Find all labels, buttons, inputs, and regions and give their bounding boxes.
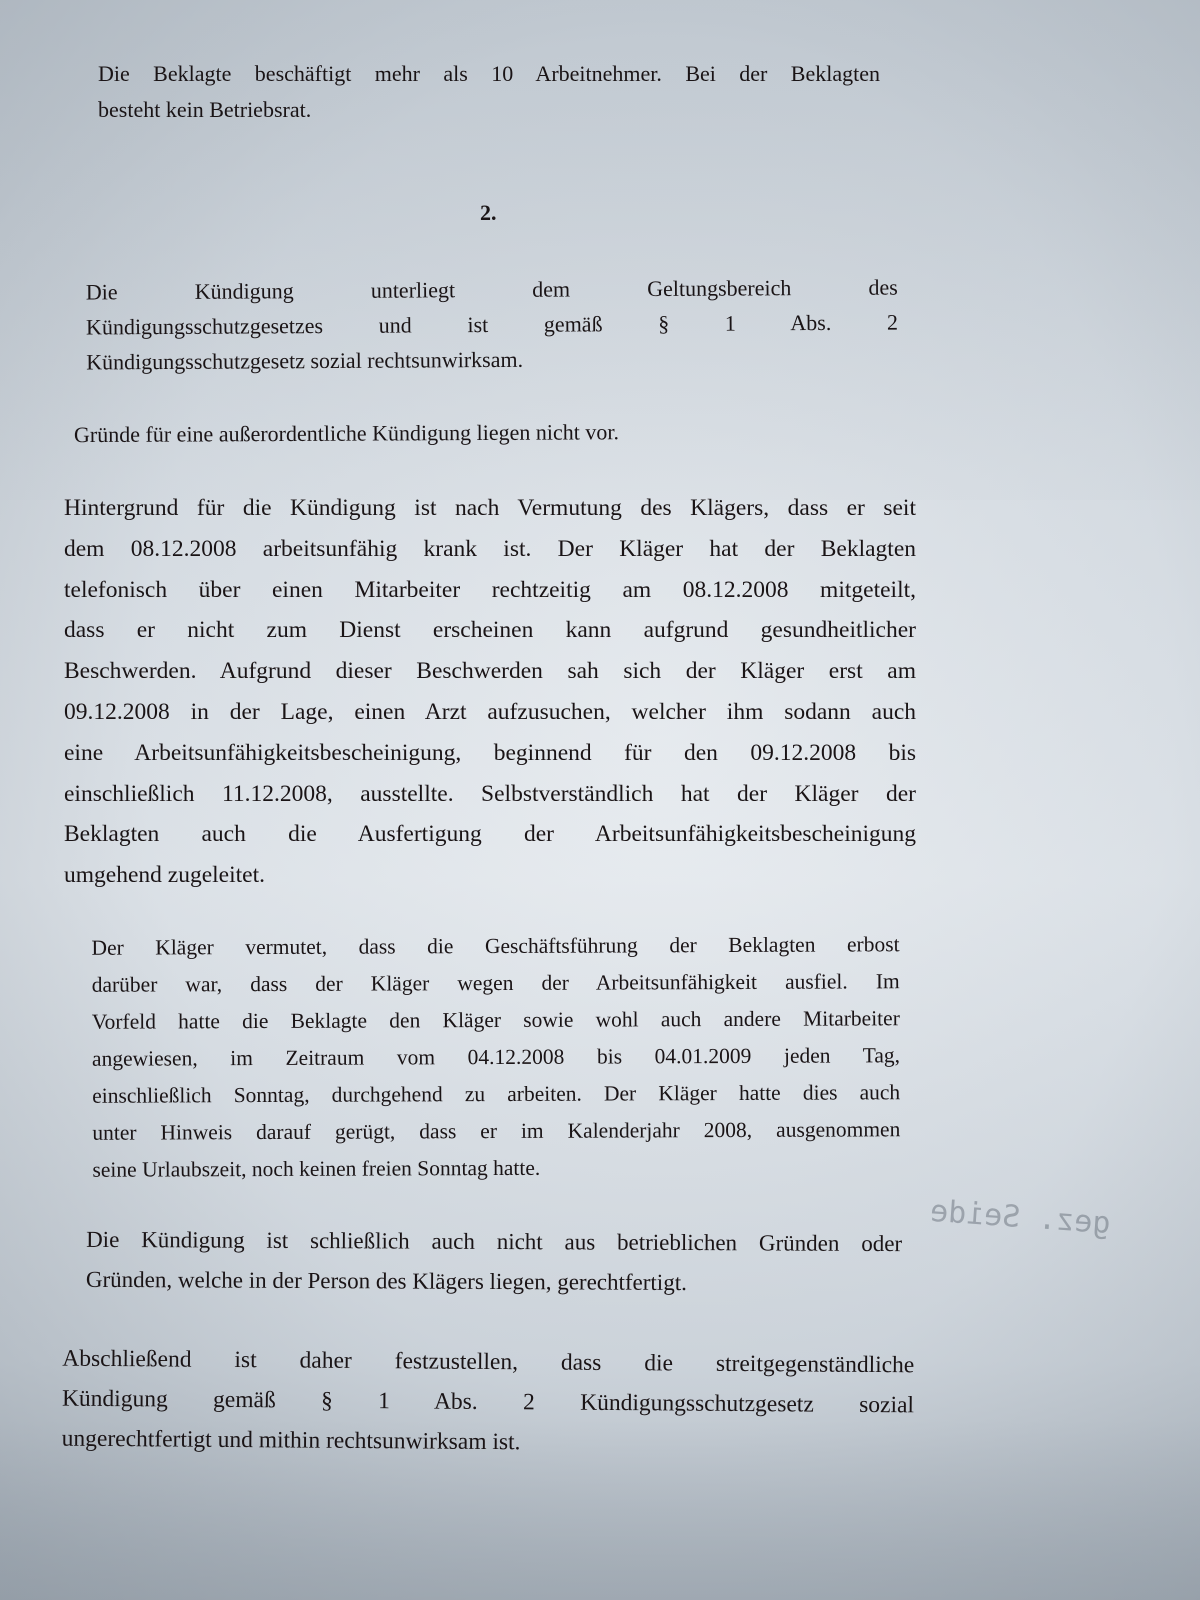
paragraph-conclusion: Abschließend ist daher festzustellen, da…: [62, 1339, 915, 1466]
text-line: dass er nicht zum Dienst erscheinen kann…: [64, 610, 916, 651]
text-line: umgehend zugeleitet.: [64, 855, 916, 896]
text-line: telefonisch über einen Mitarbeiter recht…: [64, 570, 916, 611]
text-line: ungerechtfertigt und mithin rechtsunwirk…: [62, 1419, 914, 1466]
text-line: Vorfeld hatte die Beklagte den Kläger so…: [92, 1000, 900, 1041]
paragraph-applicability: Die Kündigung unterliegt dem Geltungsber…: [86, 270, 899, 380]
text-line: 09.12.2008 in der Lage, einen Arzt aufzu…: [64, 692, 916, 733]
text-line: einschließlich Sonntag, durchgehend zu a…: [92, 1074, 900, 1115]
text-line: Der Kläger vermutet, dass die Geschäftsf…: [91, 926, 899, 967]
paragraph-no-extraordinary-grounds: Gründe für eine außerordentliche Kündigu…: [74, 410, 874, 455]
paragraph-suspicion: Der Kläger vermutet, dass die Geschäftsf…: [91, 926, 900, 1189]
text-line: Kündigungsschutzgesetz sozial rechtsunwi…: [86, 340, 898, 380]
text-line: Die Beklagte beschäftigt mehr als 10 Arb…: [98, 56, 880, 92]
text-line: Hintergrund für die Kündigung ist nach V…: [64, 488, 916, 529]
text-line: besteht kein Betriebsrat.: [98, 92, 880, 128]
text-line: Gründe für eine außerordentliche Kündigu…: [74, 410, 874, 455]
text-line: Abschließend ist daher festzustellen, da…: [62, 1339, 914, 1386]
paragraph-background: Hintergrund für die Kündigung ist nach V…: [64, 488, 916, 896]
text-line: einschließlich 11.12.2008, ausstellte. S…: [64, 774, 916, 815]
text-line: Beschwerden. Aufgrund dieser Beschwerden…: [64, 651, 916, 692]
text-line: Die Kündigung ist schließlich auch nicht…: [86, 1220, 902, 1264]
text-line: Die Kündigung unterliegt dem Geltungsber…: [86, 270, 898, 310]
text-line: seine Urlaubszeit, noch keinen freien So…: [92, 1148, 900, 1189]
text-line: eine Arbeitsunfähigkeitsbescheinigung, b…: [64, 733, 916, 774]
text-line: Gründen, welche in der Person des Kläger…: [86, 1260, 902, 1304]
text-line: darüber war, dass der Kläger wegen der A…: [92, 963, 900, 1004]
text-line: unter Hinweis darauf gerügt, dass er im …: [92, 1111, 900, 1152]
section-number: 2.: [480, 200, 497, 226]
text-line: Kündigung gemäß § 1 Abs. 2 Kündigungssch…: [62, 1379, 914, 1426]
text-line: Beklagten auch die Ausfertigung der Arbe…: [64, 814, 916, 855]
paragraph-no-justification: Die Kündigung ist schließlich auch nicht…: [86, 1220, 902, 1304]
text-line: dem 08.12.2008 arbeitsunfähig krank ist.…: [64, 529, 916, 570]
text-line: angewiesen, im Zeitraum vom 04.12.2008 b…: [92, 1037, 900, 1078]
bleed-through-signature: gez. Seide: [929, 1194, 1112, 1242]
text-line: Kündigungsschutzgesetzes und ist gemäß §…: [86, 305, 898, 345]
document-page: Die Beklagte beschäftigt mehr als 10 Arb…: [0, 0, 1200, 1600]
intro-paragraph: Die Beklagte beschäftigt mehr als 10 Arb…: [98, 56, 880, 128]
